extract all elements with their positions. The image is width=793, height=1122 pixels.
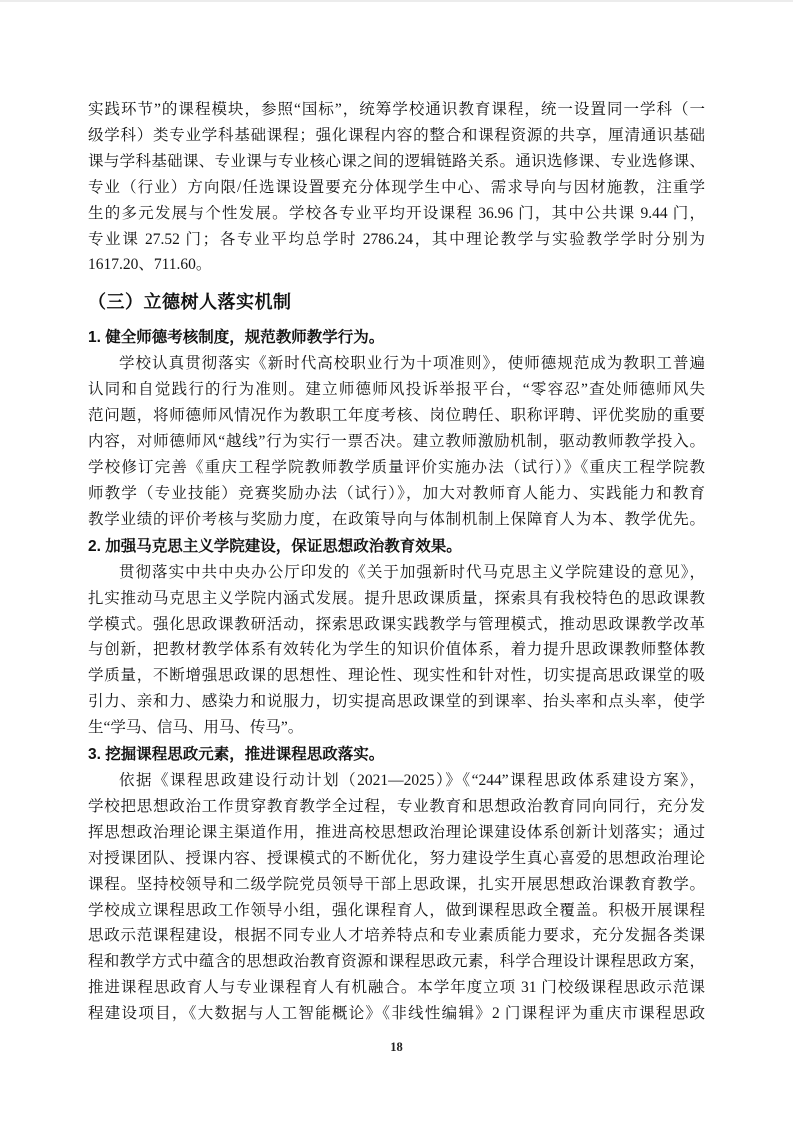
text-line: 学校把思想政治工作贯穿教育教学全过程，专业教育和思想政治教育同向同行，充分发 bbox=[88, 794, 705, 820]
text-line: 内容，对师德师风“越线”行为实行一票否决。建立教师激励机制，驱动教师教学投入。 bbox=[88, 429, 705, 455]
item-2-paragraph: 贯彻落实中共中央办公厅印发的《关于加强新时代马克思主义学院建设的意见》， 扎实推… bbox=[88, 560, 705, 741]
document-content: 实践环节”的课程模块，参照“国标”，统筹学校通识教育课程，统一设置同一学科（一 … bbox=[0, 2, 793, 1027]
text-line: 认同和自觉践行的行为准则。建立师德师风投诉举报平台，“零容忍”查处师德师风失 bbox=[88, 377, 705, 403]
item-3-paragraph: 依据《课程思政建设行动计划（2021—2025）》《“244”课程思政体系建设方… bbox=[88, 768, 705, 1027]
item-1-paragraph: 学校认真贯彻落实《新时代高校职业行为十项准则》，使师德规范成为教职工普遍 认同和… bbox=[88, 351, 705, 532]
item-3-title: 3. 挖掘课程思政元素，推进课程思政落实。 bbox=[88, 741, 705, 768]
text-line: 与创新，把教材教学体系有效转化为学生的知识价值体系，着力提升思政课教师整体教 bbox=[88, 637, 705, 663]
text-line: 贯彻落实中共中央办公厅印发的《关于加强新时代马克思主义学院建设的意见》， bbox=[88, 560, 705, 586]
text-line: 挥思想政治理论课主渠道作用，推进高校思想政治理论课建设体系创新计划落实；通过 bbox=[88, 820, 705, 846]
text-line: 实践环节”的课程模块，参照“国标”，统筹学校通识教育课程，统一设置同一学科（一 bbox=[88, 97, 705, 123]
text-line: 专业（行业）方向限/任选课设置要充分体现学生中心、需求导向与因材施教，注重学 bbox=[88, 175, 705, 201]
text-line: 扎实推动马克思主义学院内涵式发展。提升思政课质量，探索具有我校特色的思政课教 bbox=[88, 586, 705, 612]
text-line: 教学业绩的评价考核与奖励力度，在政策导向与体制机制上保障育人为本、教学优先。 bbox=[88, 507, 705, 533]
text-line: 课程。坚持校领导和二级学院党员领导干部上思政课，扎实开展思想政治课教育教学。 bbox=[88, 872, 705, 898]
text-line: 学模式。强化思政课教研活动，探索思政课实践教学与管理模式，推动思政课教学改革 bbox=[88, 612, 705, 638]
item-1-title: 1. 健全师德考核制度，规范教师教学行为。 bbox=[88, 324, 705, 351]
text-line: 程和教学方式中蕴含的思想政治教育资源和课程思政元素，科学合理设计课程思政方案， bbox=[88, 949, 705, 975]
page-number: 18 bbox=[0, 1040, 793, 1055]
text-line: 学校修订完善《重庆工程学院教师教学质量评价实施办法（试行）》《重庆工程学院教 bbox=[88, 455, 705, 481]
text-line: 级学科）类专业学科基础课程；强化课程内容的整合和课程资源的共享，厘清通识基础 bbox=[88, 123, 705, 149]
text-line: 生的多元发展与个性发展。学校各专业平均开设课程 36.96 门，其中公共课 9.… bbox=[88, 201, 705, 227]
text-line: 推进课程思政育人与专业课程育人有机融合。本学年度立项 31 门校级课程思政示范课 bbox=[88, 975, 705, 1001]
text-line: 对授课团队、授课内容、授课模式的不断优化，努力建设学生真心喜爱的思想政治理论 bbox=[88, 846, 705, 872]
section-heading: （三）立德树人落实机制 bbox=[88, 287, 705, 317]
text-line: 思政示范课程建设，根据不同专业人才培养特点和专业素质能力要求，充分发掘各类课 bbox=[88, 923, 705, 949]
text-line: 引力、亲和力、感染力和说服力，切实提高思政课堂的到课率、抬头率和点头率，使学 bbox=[88, 689, 705, 715]
text-line: 学校成立课程思政工作领导小组，强化课程育人，做到课程思政全覆盖。积极开展课程 bbox=[88, 898, 705, 924]
text-line: 1617.20、711.60。 bbox=[88, 252, 705, 278]
text-line: 专业课 27.52 门；各专业平均总学时 2786.24，其中理论教学与实验教学… bbox=[88, 227, 705, 253]
text-line: 程建设项目，《大数据与人工智能概论》《非线性编辑》2 门课程评为重庆市课程思政 bbox=[88, 1001, 705, 1027]
intro-paragraph: 实践环节”的课程模块，参照“国标”，统筹学校通识教育课程，统一设置同一学科（一 … bbox=[88, 97, 705, 278]
text-line: 学质量，不断增强思政课的思想性、理论性、现实性和针对性，切实提高思政课堂的吸 bbox=[88, 663, 705, 689]
text-line: 生“学马、信马、用马、传马”。 bbox=[88, 715, 705, 741]
text-line: 依据《课程思政建设行动计划（2021—2025）》《“244”课程思政体系建设方… bbox=[88, 768, 705, 794]
text-line: 学校认真贯彻落实《新时代高校职业行为十项准则》，使师德规范成为教职工普遍 bbox=[88, 351, 705, 377]
text-line: 范问题，将师德师风情况作为教职工年度考核、岗位聘任、职称评聘、评优奖励的重要 bbox=[88, 403, 705, 429]
text-line: 师教学（专业技能）竞赛奖励办法（试行）》，加大对教师育人能力、实践能力和教育 bbox=[88, 481, 705, 507]
text-line: 课与学科基础课、专业课与专业核心课之间的逻辑链路关系。通识选修课、专业选修课、 bbox=[88, 149, 705, 175]
item-2-title: 2. 加强马克思主义学院建设，保证思想政治教育效果。 bbox=[88, 533, 705, 560]
document-page: 实践环节”的课程模块，参照“国标”，统筹学校通识教育课程，统一设置同一学科（一 … bbox=[0, 0, 793, 1122]
